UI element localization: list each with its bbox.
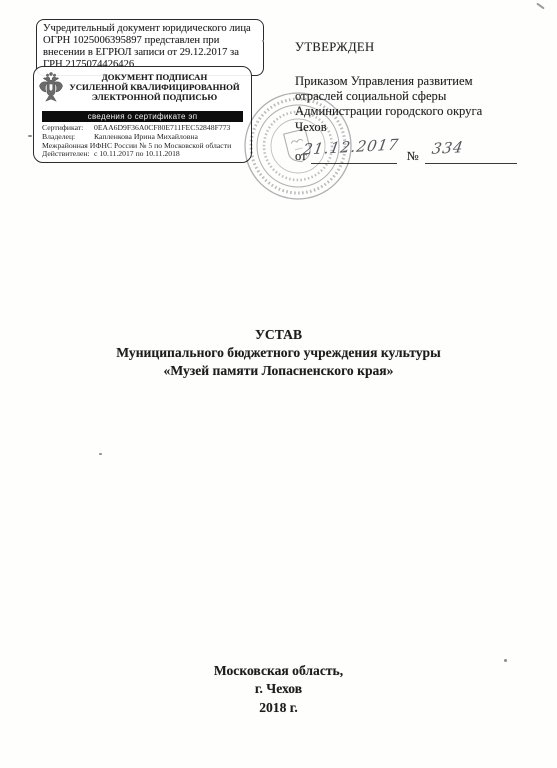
validity-row: Действителен: с 10.11.2017 по 10.11.2018 xyxy=(42,150,243,159)
scan-speck xyxy=(536,3,545,10)
footer-region: Московская область, xyxy=(0,662,557,680)
coat-of-arms-icon xyxy=(38,71,64,108)
scan-speck xyxy=(28,135,32,137)
document-page: Учредительный документ юридического лица… xyxy=(0,0,557,768)
registration-line: ОГРН 1025006395897 представлен при xyxy=(43,35,257,47)
charter-title-line1: УСТАВ xyxy=(0,326,557,344)
number-label: № xyxy=(407,149,419,163)
charter-title-line2: Муниципального бюджетного учреждения кул… xyxy=(0,344,557,362)
registration-line: Учредительный документ юридического лица xyxy=(43,23,257,35)
approved-heading: УТВЕРЖДЕН xyxy=(295,40,535,55)
charter-title-line3: «Музей памяти Лопасненского края» xyxy=(0,362,557,380)
scan-speck xyxy=(262,40,264,42)
scan-speck xyxy=(504,659,507,662)
e-signature-stamp: ДОКУМЕНТ ПОДПИСАН УСИЛЕННОЙ КВАЛИФИЦИРОВ… xyxy=(33,66,252,163)
scan-speck xyxy=(99,453,102,455)
registration-line: внесении в ЕГРЮЛ записи от 29.12.2017 за xyxy=(43,47,257,59)
footer-year: 2018 г. xyxy=(0,699,557,717)
certificate-info-bar: сведения о сертификате эп xyxy=(42,111,243,122)
place-and-year: Московская область, г. Чехов 2018 г. xyxy=(0,662,557,717)
footer-city: г. Чехов xyxy=(0,680,557,698)
round-seal-stamp xyxy=(241,89,355,203)
number-blank xyxy=(425,151,517,164)
signature-title: ДОКУМЕНТ ПОДПИСАН УСИЛЕННОЙ КВАЛИФИЦИРОВ… xyxy=(64,70,245,102)
charter-title: УСТАВ Муниципального бюджетного учрежден… xyxy=(0,326,557,381)
